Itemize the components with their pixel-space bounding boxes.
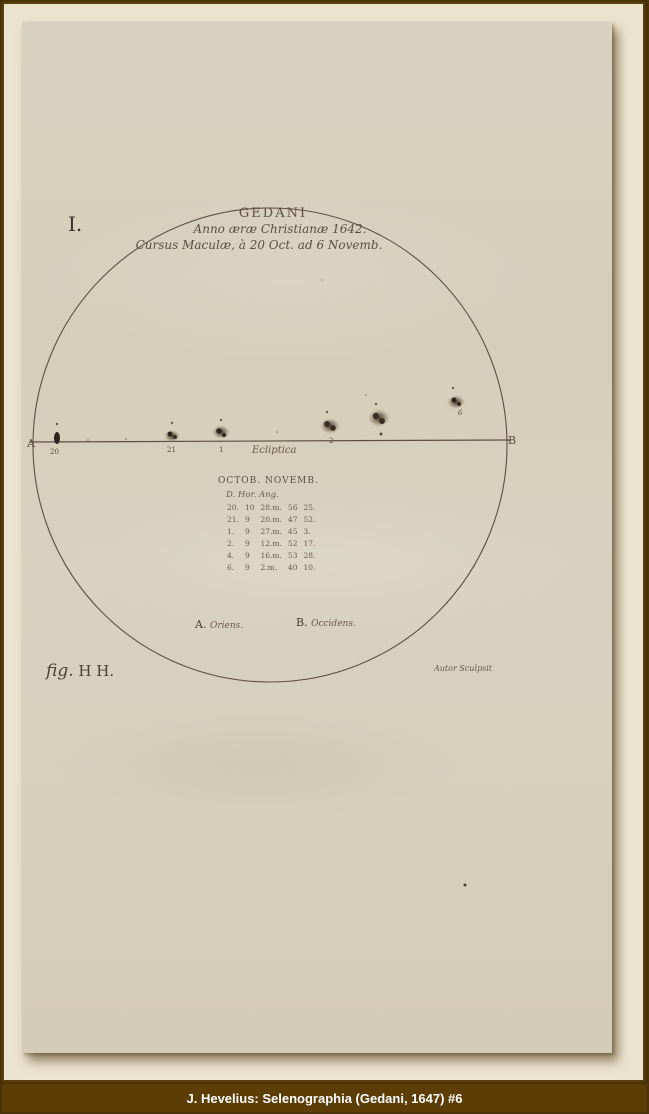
fig-initials: H H. (78, 662, 114, 680)
observation-table: 20. 10 28.m. 56 25. 21. 9 20.m. 47 52. 1… (224, 502, 318, 574)
sunspot-nov6 (447, 387, 465, 409)
engraver-credit: Autor Sculpsit (434, 664, 492, 673)
ecliptic-line (30, 440, 510, 442)
solar-disc-diagram (0, 0, 649, 1114)
spot-date-label: 20 (50, 448, 59, 456)
legend-occidens: B. Occidens. (296, 616, 356, 629)
legend-b-text: Occidens. (311, 619, 356, 629)
table-row: 21. 9 20.m. 47 52. (224, 514, 318, 526)
table-row: 2. 9 12.m. 52 17. (224, 538, 318, 550)
ecliptic-label: Ecliptica (252, 445, 296, 456)
legend-a-text: Oriens. (210, 621, 243, 631)
spot-date-label: 21 (167, 446, 176, 454)
spot-date-label: 6 (458, 409, 462, 417)
point-a-label: A (27, 437, 35, 450)
table-subheading: D. Hor. Ang. (226, 490, 279, 500)
table-heading: OCTOB. NOVEMB. (218, 476, 319, 486)
legend-a-letter: A. (195, 618, 206, 631)
sunspot-nov1 (212, 419, 230, 439)
image-caption: J. Hevelius: Selenographia (Gedani, 1647… (2, 1084, 647, 1112)
spot-date-label: 2 (329, 437, 333, 445)
spot-date-label: 1 (219, 446, 223, 454)
table-row: 20. 10 28.m. 56 25. (224, 502, 318, 514)
figure-label: fig. H H. (46, 661, 114, 681)
sunspot-oct21 (164, 422, 180, 442)
legend-b-letter: B. (296, 616, 308, 629)
legend-oriens: A. Oriens. (195, 618, 243, 631)
point-b-label: B (508, 434, 516, 447)
fig-abbrev: fig. (46, 661, 74, 681)
table-row: 6. 9 2.m. 40 10. (224, 562, 318, 574)
sunspot-nov4 (368, 403, 390, 436)
table-row: 4. 9 16.m. 53 28. (224, 550, 318, 562)
table-row: 1. 9 27.m. 45 3. (224, 526, 318, 538)
sunspot-oct20 (54, 423, 60, 444)
sunspot-nov2 (320, 411, 340, 434)
